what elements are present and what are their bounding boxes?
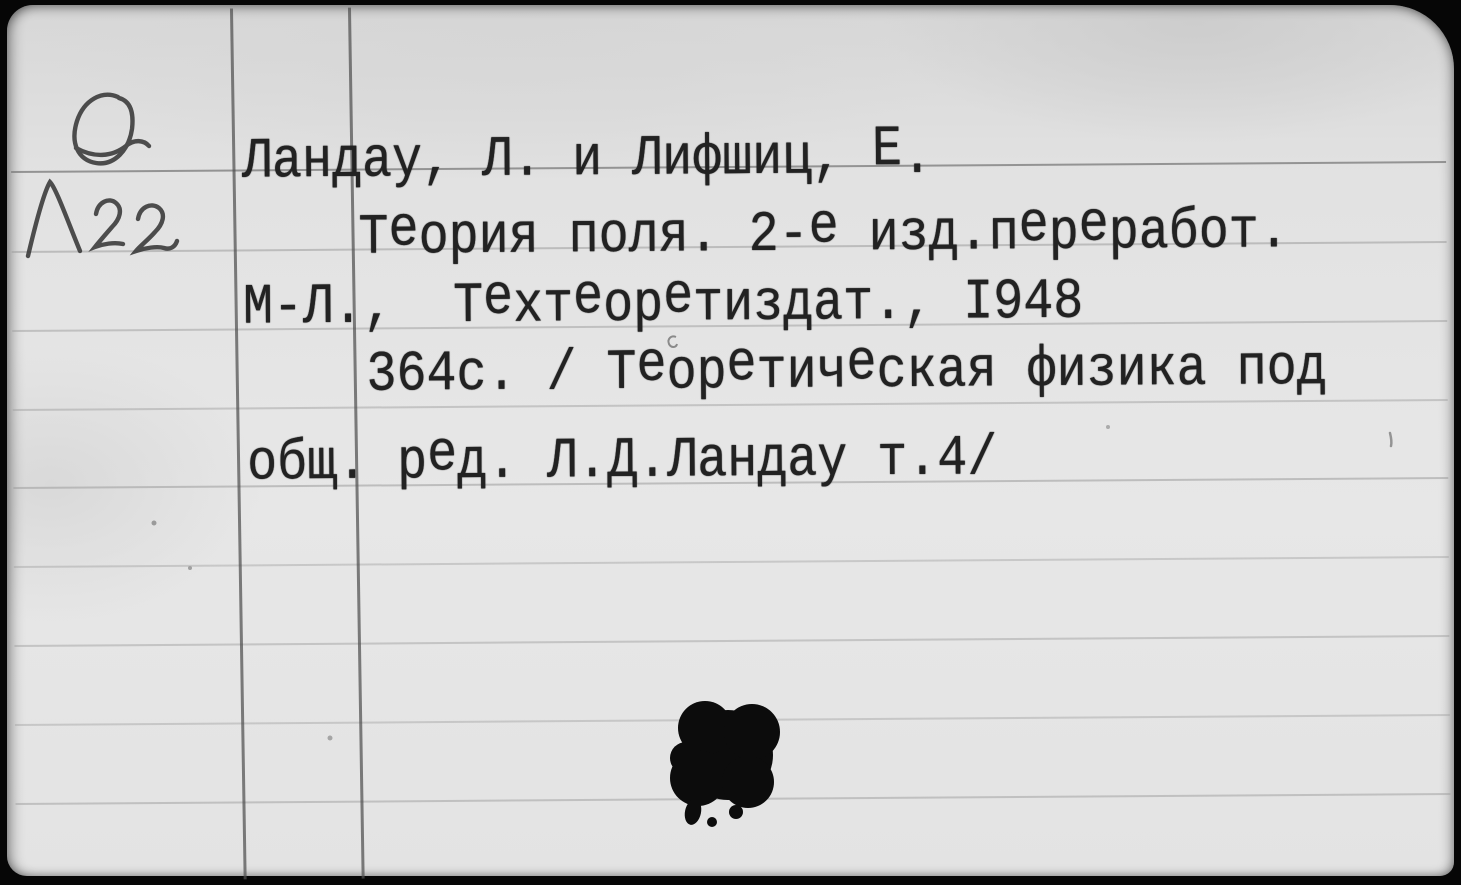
ruled-line xyxy=(14,556,1449,568)
scanned-catalog-card-page: { "scan": { "call_number": { "top_mark":… xyxy=(0,0,1461,885)
ruled-line xyxy=(15,714,1450,726)
ruled-line xyxy=(16,793,1451,805)
author-line: Ландау, Л. и Лифшиц, Е. xyxy=(242,130,933,192)
series-line: общ. ред. Л.Д.Ландау т.4/ xyxy=(247,431,998,493)
title-line: Теория поля. 2-е изд.переработ. xyxy=(358,204,1289,267)
ruled-line xyxy=(14,635,1449,647)
card-surface: Ландау, Л. и Лифшиц, Е. Теория поля. 2-е… xyxy=(4,0,1457,881)
imprint-line: М-Л., Техтеоретиздат., I948 xyxy=(243,275,1084,338)
collation-line: 364с. / Теоретическая физика под xyxy=(366,341,1327,405)
catalog-card: Ландау, Л. и Лифшиц, Е. Теория поля. 2-е… xyxy=(7,5,1454,876)
